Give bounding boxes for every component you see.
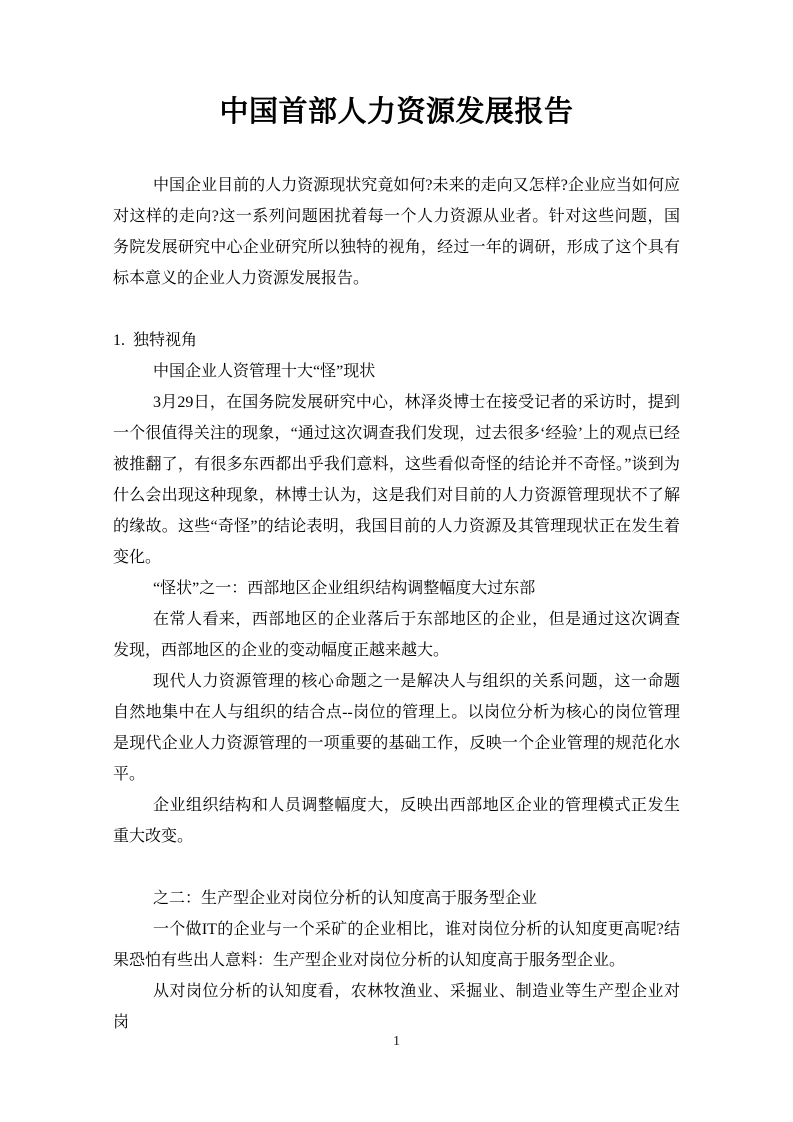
page-number: 1 bbox=[0, 1033, 793, 1051]
section-1-heading: 1. 独特视角 bbox=[113, 325, 680, 356]
paragraph-production-industries: 从对岗位分析的认知度看，农林牧渔业、采掘业、制造业等生产型企业对岗 bbox=[113, 976, 680, 1038]
paragraph-western-region-change: 在常人看来，西部地区的企业落后于东部地区的企业，但是通过这次调查发现，西部地区的… bbox=[113, 604, 680, 666]
paragraph-it-vs-mining: 一个做IT的企业与一个采矿的企业相比，谁对岗位分析的认知度更高呢?结果恐怕有些出… bbox=[113, 914, 680, 976]
paragraph-oddity-two-heading: 之二：生产型企业对岗位分析的认知度高于服务型企业 bbox=[113, 883, 680, 914]
document-body: 中国企业目前的人力资源现状究竟如何?未来的走向又怎样?企业应当如何应对这样的走向… bbox=[113, 170, 680, 1038]
paragraph-march-29-interview: 3月29日，在国务院发展研究中心，林泽炎博士在接受记者的采访时，提到一个很值得关… bbox=[113, 387, 680, 573]
paragraph-structure-adjustment: 企业组织结构和人员调整幅度大，反映出西部地区企业的管理模式正发生重大改变。 bbox=[113, 790, 680, 852]
document-page: 中国首部人力资源发展报告 中国企业目前的人力资源现状究竟如何?未来的走向又怎样?… bbox=[0, 0, 793, 1122]
intro-paragraph: 中国企业目前的人力资源现状究竟如何?未来的走向又怎样?企业应当如何应对这样的走向… bbox=[113, 170, 680, 294]
paragraph-modern-hr-core-topic: 现代人力资源管理的核心命题之一是解决人与组织的关系问题，这一命题自然地集中在人与… bbox=[113, 666, 680, 790]
document-title: 中国首部人力资源发展报告 bbox=[0, 0, 793, 130]
paragraph-oddity-one-heading: “怪状”之一：西部地区企业组织结构调整幅度大过东部 bbox=[113, 573, 680, 604]
paragraph-subheading-ten-oddities: 中国企业人资管理十大“怪”现状 bbox=[113, 356, 680, 387]
